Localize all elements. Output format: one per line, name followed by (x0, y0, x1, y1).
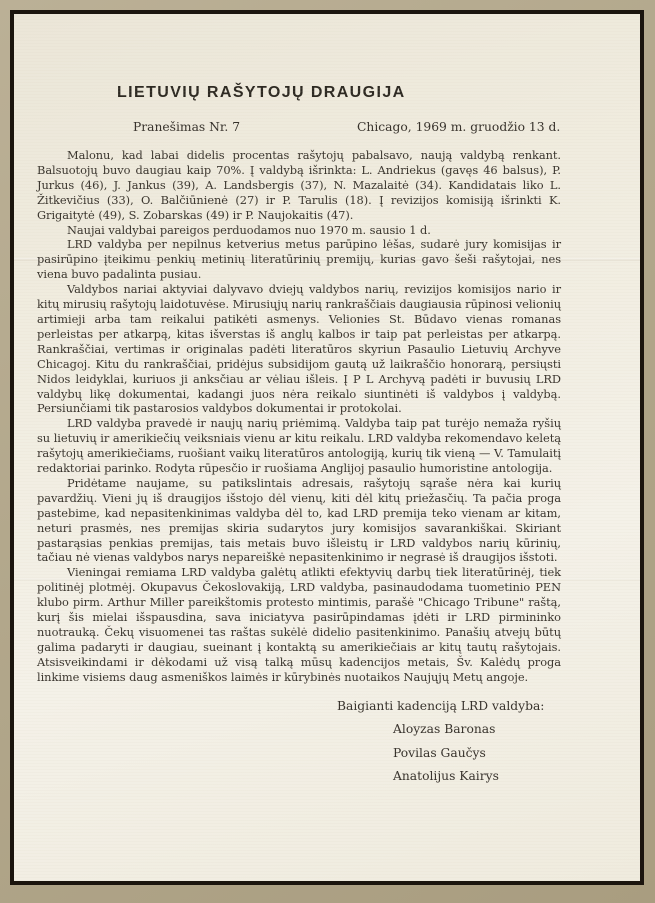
body-paragraph: Naujai valdybai pareigos perduodamos nuo… (37, 223, 561, 238)
scanned-letter-page: { "document": { "organization": "LIETUVI… (0, 0, 655, 903)
body-paragraph: Pridėtame naujame, su patikslintais adre… (37, 476, 561, 565)
body-paragraph: Vieningai remiama LRD valdyba galėtų atl… (37, 565, 561, 684)
bulletin-number: Pranešimas Nr. 7 (133, 120, 240, 134)
closing-label: Baigianti kadenciją LRD valdyba: (337, 699, 561, 714)
letter-body: Malonu, kad labai didelis procentas rašy… (37, 148, 561, 685)
letter-content: Malonu, kad labai didelis procentas rašy… (37, 148, 561, 784)
signatory-name: Povilas Gaučys (393, 746, 561, 761)
body-paragraph: Valdybos nariai aktyviai dalyvavo dviejų… (37, 282, 561, 416)
organization-title: LIETUVIŲ RAŠYTOJŲ DRAUGIJA (117, 84, 406, 102)
signatory-name: Anatolijus Kairys (393, 769, 561, 784)
signatory-name: Aloyzas Baronas (393, 722, 561, 737)
body-paragraph: LRD valdyba pravedė ir naujų narių priėm… (37, 416, 561, 476)
letter-paper: LIETUVIŲ RAŠYTOJŲ DRAUGIJA Pranešimas Nr… (10, 10, 644, 885)
meta-line: Pranešimas Nr. 7 Chicago, 1969 m. gruodž… (14, 120, 640, 137)
closing-block: Baigianti kadenciją LRD valdyba: Aloyzas… (337, 699, 561, 785)
body-paragraph: Malonu, kad labai didelis procentas rašy… (37, 148, 561, 223)
body-paragraph: LRD valdyba per nepilnus ketverius metus… (37, 237, 561, 282)
dateline: Chicago, 1969 m. gruodžio 13 d. (357, 120, 560, 134)
